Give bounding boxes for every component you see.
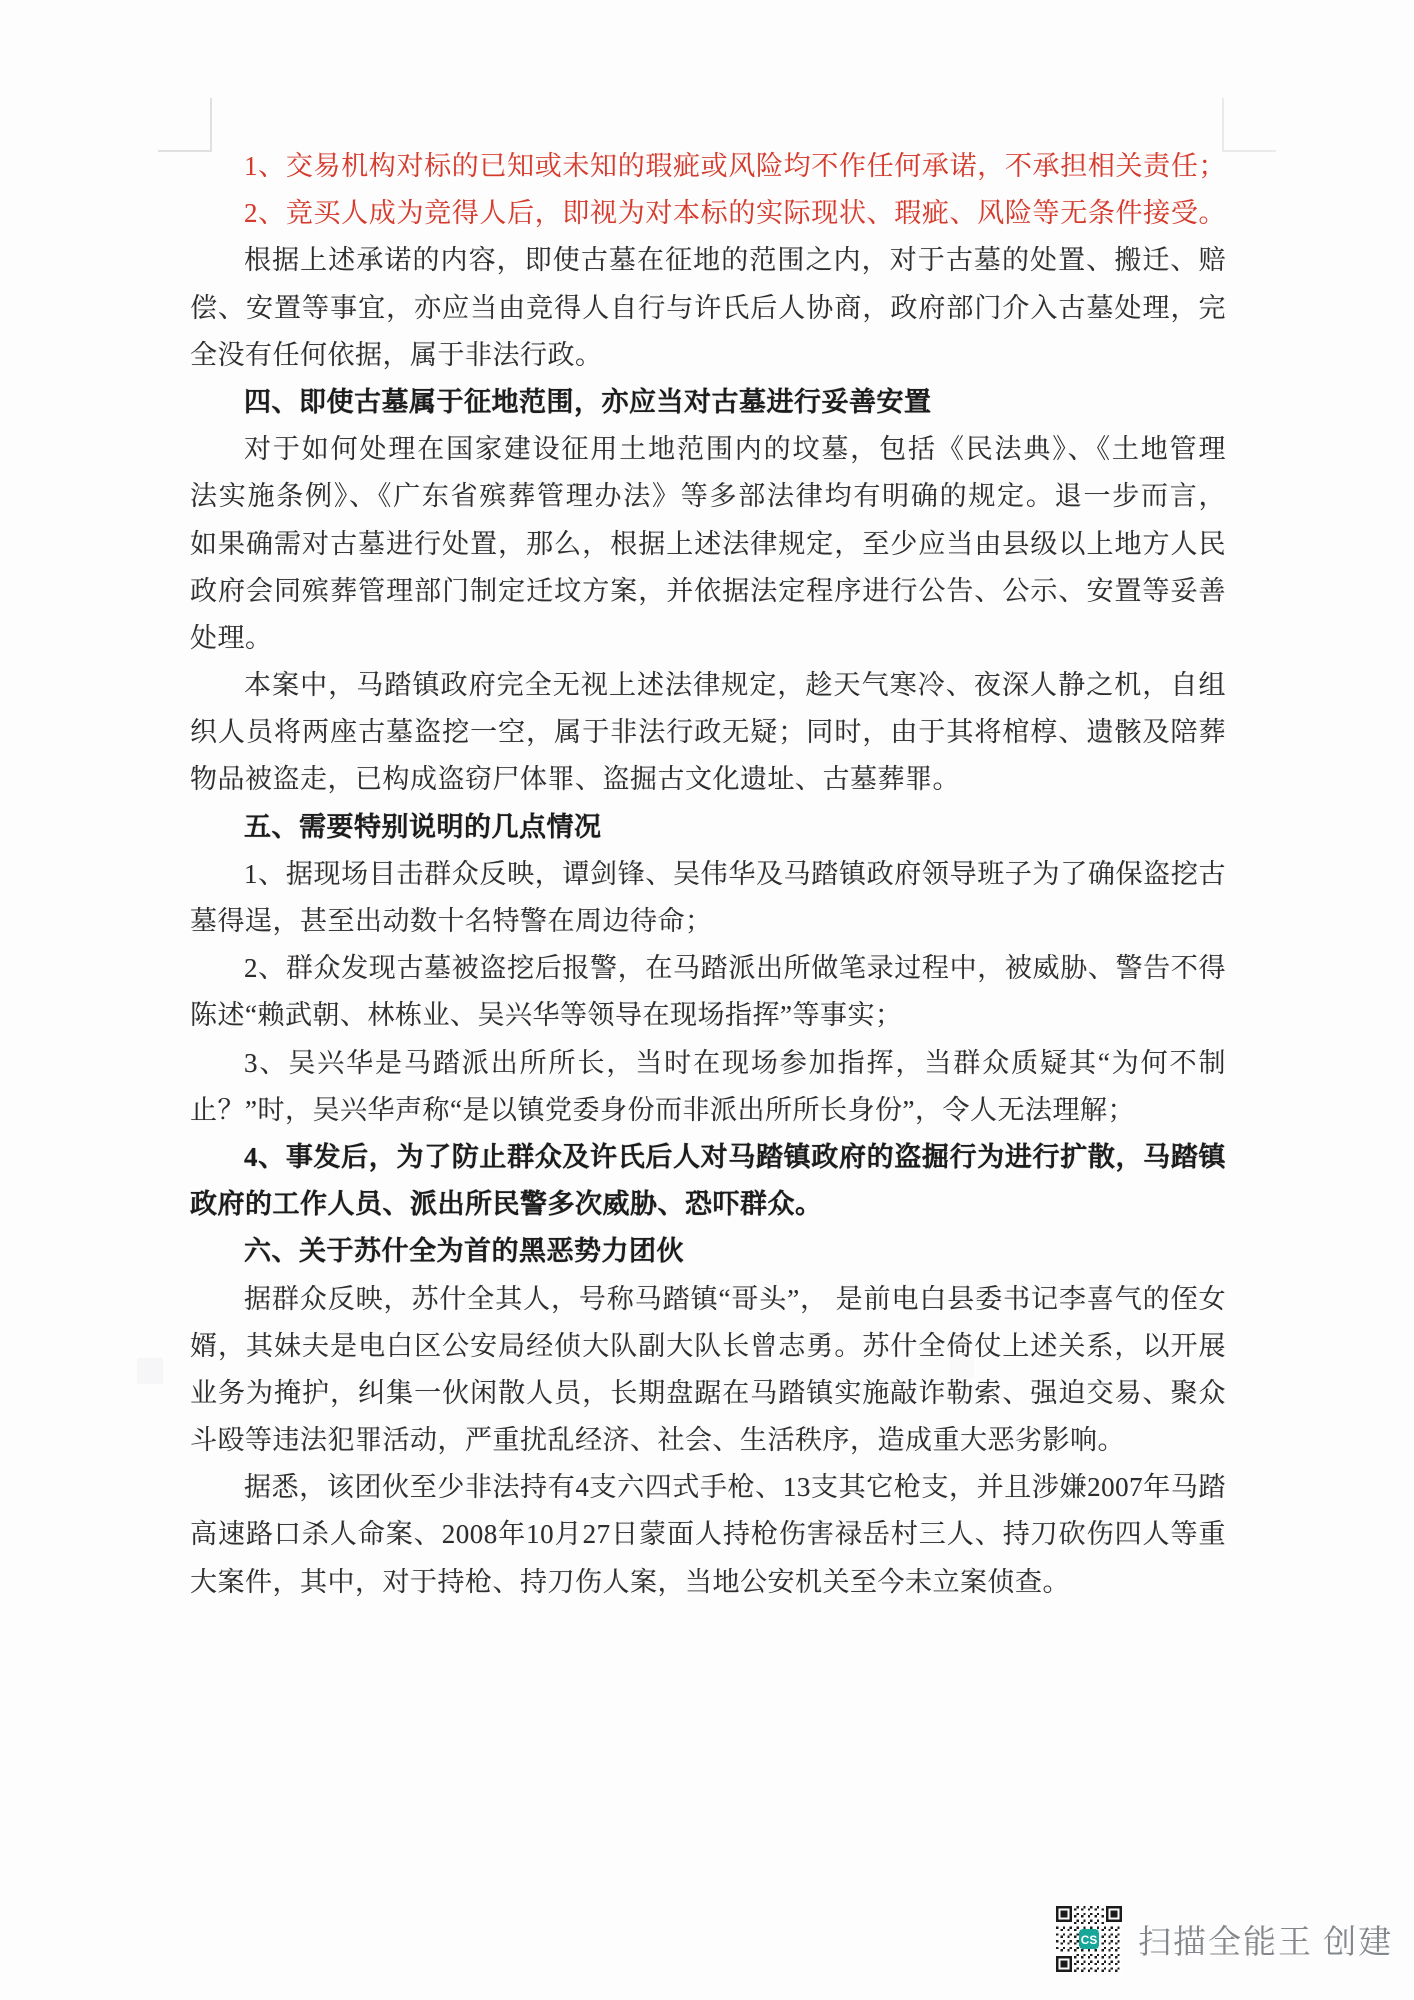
document-line: 本案中，马踏镇政府完全无视上述法律规定，趁天气寒冷、夜深人静之机，自组: [190, 662, 1226, 709]
scan-smudge-left: [137, 1358, 163, 1384]
svg-text:CS: CS: [1081, 1933, 1098, 1947]
document-line: 物品被盗走，已构成盗窃尸体罪、盗掘古文化遗址、古墓葬罪。: [190, 756, 1226, 803]
watermark-label: 扫描全能王 创建: [1138, 1916, 1393, 1963]
text-block: 1、交易机构对标的已知或未知的瑕疵或风险均不作任何承诺，不承担相关责任；2、竞买…: [190, 143, 1226, 1606]
document-line: 根据上述承诺的内容，即使古墓在征地的范围之内，对于古墓的处置、搬迁、赔: [190, 237, 1226, 284]
document-line: 法实施条例》、《广东省殡葬管理办法》等多部法律均有明确的规定。退一步而言，: [190, 473, 1226, 520]
document-line: 婿，其妹夫是电白区公安局经侦大队副大队长曾志勇。苏什全倚仗上述关系，以开展: [190, 1323, 1226, 1370]
document-line: 偿、安置等事宜，亦应当由竞得人自行与许氏后人协商，政府部门介入古墓处理，完: [190, 285, 1226, 332]
section-heading: 六、关于苏什全为首的黑恶势力团伙: [190, 1228, 1226, 1275]
document-line: 1、据现场目击群众反映，谭剑锋、吴伟华及马踏镇政府领导班子为了确保盗挖古: [190, 851, 1226, 898]
document-line: 对于如何处理在国家建设征用土地范围内的坟墓，包括《民法典》、《土地管理: [190, 426, 1226, 473]
document-line: 处理。: [190, 615, 1226, 662]
scanned-document-page: 1、交易机构对标的已知或未知的瑕疵或风险均不作任何承诺，不承担相关责任；2、竞买…: [0, 0, 1414, 2000]
document-line: 3、吴兴华是马踏派出所所长，当时在现场参加指挥，当群众质疑其“为何不制: [190, 1040, 1226, 1087]
scan-corner-mark-top-right: [1222, 98, 1276, 152]
document-line: 据群众反映，苏什全其人，号称马踏镇“哥头”， 是前电白县委书记李喜气的侄女: [190, 1276, 1226, 1323]
document-line: 政府会同殡葬管理部门制定迁坟方案，并依据法定程序进行公告、公示、安置等妥善: [190, 568, 1226, 615]
document-line: 斗殴等违法犯罪活动，严重扰乱经济、社会、生活秩序，造成重大恶劣影响。: [190, 1417, 1226, 1464]
document-line: 织人员将两座古墓盗挖一空，属于非法行政无疑；同时，由于其将棺椁、遗骸及陪葬: [190, 709, 1226, 756]
section-heading: 五、需要特别说明的几点情况: [190, 804, 1226, 851]
document-line: 大案件，其中，对于持枪、持刀伤人案，当地公安机关至今未立案侦查。: [190, 1559, 1226, 1606]
document-line: 墓得逞，甚至出动数十名特警在周边待命；: [190, 898, 1226, 945]
document-line: 全没有任何依据，属于非法行政。: [190, 332, 1226, 379]
document-line: 高速路口杀人命案、2008年10月27日蒙面人持枪伤害禄岳村三人、持刀砍伤四人等…: [190, 1511, 1226, 1558]
document-line: 政府的工作人员、派出所民警多次威胁、恐吓群众。: [190, 1181, 1226, 1228]
document-line: 1、交易机构对标的已知或未知的瑕疵或风险均不作任何承诺，不承担相关责任；: [190, 143, 1226, 190]
document-line: 陈述“赖武朝、林栋业、吴兴华等领导在现场指挥”等事实；: [190, 992, 1226, 1039]
document-line: 如果确需对古墓进行处置，那么，根据上述法律规定，至少应当由县级以上地方人民: [190, 521, 1226, 568]
watermark: CS 扫描全能王 创建: [1056, 1906, 1393, 1972]
document-line: 据悉，该团伙至少非法持有4支六四式手枪、13支其它枪支，并且涉嫌2007年马踏: [190, 1464, 1226, 1511]
document-line: 2、竞买人成为竞得人后，即视为对本标的实际现状、瑕疵、风险等无条件接受。: [190, 190, 1226, 237]
document-line: 止？”时，吴兴华声称“是以镇党委身份而非派出所所长身份”，令人无法理解；: [190, 1087, 1226, 1134]
document-line: 2、群众发现古墓被盗挖后报警，在马踏派出所做笔录过程中，被威胁、警告不得: [190, 945, 1226, 992]
document-line: 4、事发后，为了防止群众及许氏后人对马踏镇政府的盗掘行为进行扩散，马踏镇: [190, 1134, 1226, 1181]
qr-code-icon: CS: [1056, 1906, 1122, 1972]
section-heading: 四、即使古墓属于征地范围，亦应当对古墓进行妥善安置: [190, 379, 1226, 426]
document-line: 业务为掩护，纠集一伙闲散人员，长期盘踞在马踏镇实施敲诈勒索、强迫交易、聚众: [190, 1370, 1226, 1417]
